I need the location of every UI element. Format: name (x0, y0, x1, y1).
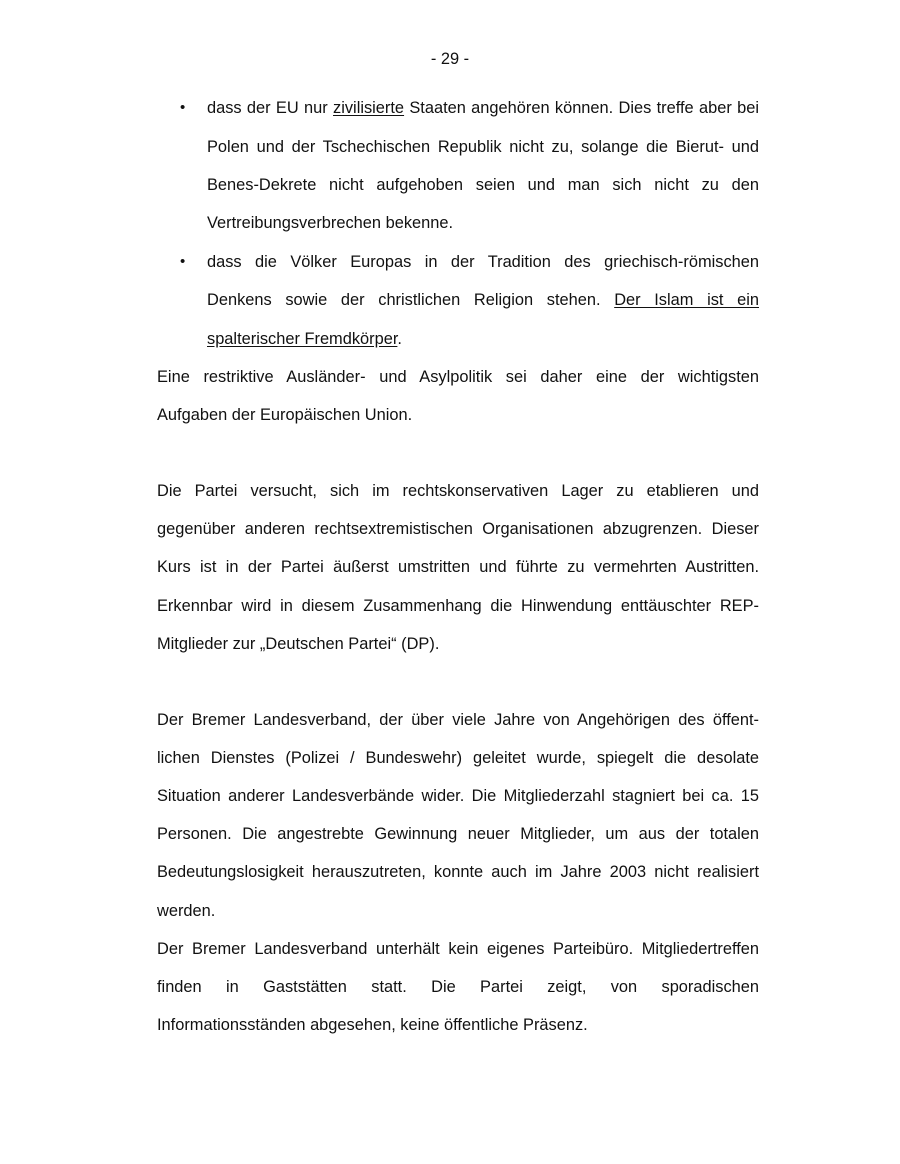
page-number: - 29 - (0, 50, 900, 69)
paragraph-line: Mitglieder zur „Deutschen Partei“ (DP). (157, 634, 759, 654)
paragraph-line: lichen Dienstes (Polizei / Bundeswehr) g… (157, 748, 759, 768)
text-segment: Benes-Dekrete nicht aufgehoben seien und… (207, 176, 759, 194)
bullet-1-line-3: Benes-Dekrete nicht aufgehoben seien und… (207, 175, 759, 195)
paragraph-line: Erkennbar wird in diesem Zusammenhang di… (157, 596, 759, 616)
paragraph-line: Die Partei versucht, sich im rechtskonse… (157, 481, 759, 501)
paragraph-line: Personen. Die angestrebte Gewinnung neue… (157, 824, 759, 844)
bullet-2-line-1: dass die Völker Europas in der Tradition… (207, 252, 759, 272)
paragraph-line: Bedeutungslosigkeit herauszutreten, konn… (157, 862, 759, 882)
paragraph-line: Informationsständen abgesehen, keine öff… (157, 1015, 759, 1035)
text-segment: Polen und der Tschechischen Republik nic… (207, 138, 759, 156)
text-segment: Vertreibungsverbrechen bekenne. (207, 214, 453, 232)
text-segment: dass der EU nur (207, 99, 333, 117)
underlined-text: zivilisierte (333, 99, 404, 117)
paragraph-line: Eine restriktive Ausländer- und Asylpoli… (157, 367, 759, 387)
paragraph-line: Kurs ist in der Partei äußerst umstritte… (157, 557, 759, 577)
bullet-1-line-1: dass der EU nur zivilisierte Staaten ang… (207, 98, 759, 118)
paragraph-line: Situation anderer Landesverbände wider. … (157, 786, 759, 806)
underlined-text: Der Islam ist ein (614, 291, 759, 309)
bullet-1-line-2: Polen und der Tschechischen Republik nic… (207, 137, 759, 157)
bullet-icon: • (180, 98, 190, 118)
paragraph-line: Der Bremer Landesverband unterhält kein … (157, 939, 759, 959)
bullet-2-line-3: spalterischer Fremdkörper. (207, 329, 759, 349)
paragraph-line: Der Bremer Landesverband, der über viele… (157, 710, 759, 730)
paragraph-line: gegenüber anderen rechtsextremistischen … (157, 519, 759, 539)
text-segment: . (397, 330, 402, 348)
paragraph-line: Aufgaben der Europäischen Union. (157, 405, 759, 425)
text-segment: Denkens sowie der christlichen Religion … (207, 291, 614, 309)
text-segment: Staaten angehören können. Dies treffe ab… (404, 99, 759, 117)
bullet-1-line-4: Vertreibungsverbrechen bekenne. (207, 213, 759, 233)
paragraph-line: finden in Gaststätten statt. Die Partei … (157, 977, 759, 997)
underlined-text: spalterischer Fremdkörper (207, 330, 397, 348)
bullet-icon: • (180, 252, 190, 272)
text-segment: dass die Völker Europas in der Tradition… (207, 253, 759, 271)
paragraph-line: werden. (157, 901, 759, 921)
bullet-2-line-2: Denkens sowie der christlichen Religion … (207, 290, 759, 310)
